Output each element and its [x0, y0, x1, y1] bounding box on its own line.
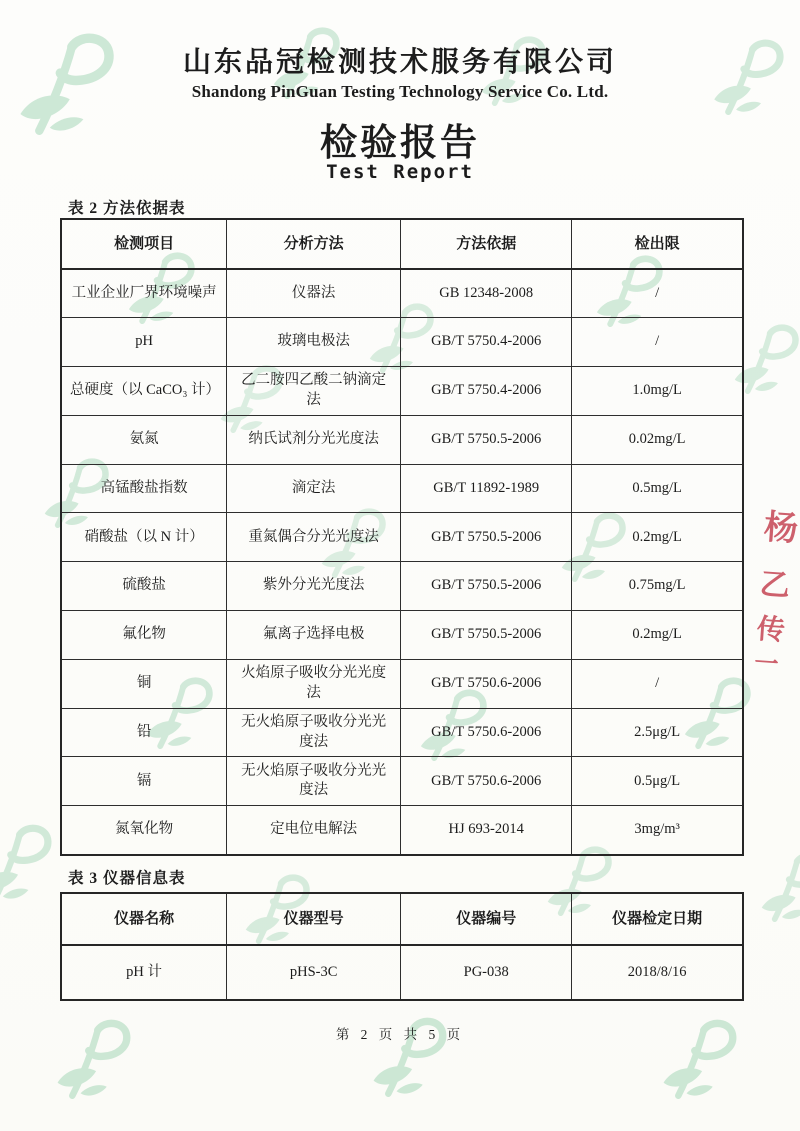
table-cell: /: [572, 318, 743, 367]
table-cell: 仪器法: [227, 269, 401, 318]
table-cell: 0.5mg/L: [572, 464, 743, 513]
table-cell: pHS-3C: [227, 945, 401, 1000]
table-cell: 无火焰原子吸收分光光度法: [227, 708, 401, 757]
table-row: 硝酸盐（以 N 计）重氮偶合分光光度法GB/T 5750.5-20060.2mg…: [61, 513, 743, 562]
table-cell: GB/T 5750.6-2006: [401, 708, 572, 757]
table-cell: 0.2mg/L: [572, 513, 743, 562]
instrument-table-label: 表 3 仪器信息表: [68, 866, 186, 888]
column-header: 检测项目: [61, 219, 227, 269]
table-cell: 工业企业厂界环境噪声: [61, 269, 227, 318]
report-page: 山东品冠检测技术服务有限公司 Shandong PinGuan Testing …: [0, 0, 800, 1131]
table-cell: 0.75mg/L: [572, 562, 743, 611]
table-row: 镉无火焰原子吸收分光光度法GB/T 5750.6-20060.5μg/L: [61, 757, 743, 806]
table-header-row: 检测项目分析方法方法依据检出限: [61, 219, 743, 269]
table-row: pH 计pHS-3CPG-0382018/8/16: [61, 945, 743, 1000]
page-number: 第 2 页 共 5 页: [0, 1023, 800, 1043]
table-cell: GB/T 5750.5-2006: [401, 415, 572, 464]
table-cell: 0.5μg/L: [572, 757, 743, 806]
table-row: 氟化物氟离子选择电极GB/T 5750.5-20060.2mg/L: [61, 611, 743, 660]
table-cell: 0.2mg/L: [572, 611, 743, 660]
column-header: 仪器名称: [61, 893, 227, 945]
table-cell: GB 12348-2008: [401, 269, 572, 318]
method-table-label: 表 2 方法依据表: [68, 196, 186, 218]
table-cell: 火焰原子吸收分光光度法: [227, 659, 401, 708]
table-header-row: 仪器名称仪器型号仪器编号仪器检定日期: [61, 893, 743, 945]
table-row: 高锰酸盐指数滴定法GB/T 11892-19890.5mg/L: [61, 464, 743, 513]
stamp-glyph: 一: [753, 643, 779, 680]
pinguan-leaf-p-logo: [756, 850, 800, 922]
column-header: 仪器检定日期: [572, 893, 743, 945]
stamp-glyph: 传: [756, 607, 787, 649]
table-cell: 定电位电解法: [227, 806, 401, 855]
table-cell: 2.5μg/L: [572, 708, 743, 757]
table-cell: 氮氧化物: [61, 806, 227, 855]
company-name-en: Shandong PinGuan Testing Technology Serv…: [0, 82, 800, 102]
table-cell: GB/T 5750.6-2006: [401, 757, 572, 806]
table-row: 铜火焰原子吸收分光光度法GB/T 5750.6-2006/: [61, 659, 743, 708]
company-name-cn: 山东品冠检测技术服务有限公司: [0, 40, 800, 80]
table-cell: pH 计: [61, 945, 227, 1000]
table-cell: 1.0mg/L: [572, 367, 743, 416]
table-cell: 氨氮: [61, 415, 227, 464]
stamp-glyph: 乙: [759, 559, 792, 605]
table-row: 工业企业厂界环境噪声仪器法GB 12348-2008/: [61, 269, 743, 318]
table-cell: 氟化物: [61, 611, 227, 660]
table-cell: GB/T 5750.5-2006: [401, 562, 572, 611]
stamp-glyph: 杨: [763, 499, 800, 550]
table-cell: 滴定法: [227, 464, 401, 513]
table-cell: 高锰酸盐指数: [61, 464, 227, 513]
pinguan-leaf-p-logo: [0, 822, 54, 902]
method-basis-table: 检测项目分析方法方法依据检出限 工业企业厂界环境噪声仪器法GB 12348-20…: [60, 218, 744, 856]
column-header: 仪器编号: [401, 893, 572, 945]
table-cell: GB/T 11892-1989: [401, 464, 572, 513]
table-cell: GB/T 5750.4-2006: [401, 367, 572, 416]
table-row: 铅无火焰原子吸收分光光度法GB/T 5750.6-20062.5μg/L: [61, 708, 743, 757]
instrument-info-table: 仪器名称仪器型号仪器编号仪器检定日期 pH 计pHS-3CPG-0382018/…: [60, 892, 744, 1001]
column-header: 检出限: [572, 219, 743, 269]
table-cell: 乙二胺四乙酸二钠滴定法: [227, 367, 401, 416]
table-cell: 0.02mg/L: [572, 415, 743, 464]
table-row: 氨氮纳氏试剂分光光度法GB/T 5750.5-20060.02mg/L: [61, 415, 743, 464]
table-cell: 硫酸盐: [61, 562, 227, 611]
table-cell: HJ 693-2014: [401, 806, 572, 855]
table-row: pH玻璃电极法GB/T 5750.4-2006/: [61, 318, 743, 367]
table-cell: PG-038: [401, 945, 572, 1000]
table-cell: GB/T 5750.5-2006: [401, 513, 572, 562]
table-cell: /: [572, 659, 743, 708]
table-cell: 铅: [61, 708, 227, 757]
table-cell: 玻璃电极法: [227, 318, 401, 367]
table-cell: GB/T 5750.6-2006: [401, 659, 572, 708]
red-ink-stamp-fragment: 杨乙传一: [746, 491, 800, 679]
table-cell: 无火焰原子吸收分光光度法: [227, 757, 401, 806]
table-cell: 氟离子选择电极: [227, 611, 401, 660]
table-cell: GB/T 5750.4-2006: [401, 318, 572, 367]
table-cell: 铜: [61, 659, 227, 708]
column-header: 仪器型号: [227, 893, 401, 945]
report-title-en: Test Report: [0, 161, 800, 183]
table-cell: 镉: [61, 757, 227, 806]
table-cell: 2018/8/16: [572, 945, 743, 1000]
table-row: 总硬度（以 CaCO₃ 计）乙二胺四乙酸二钠滴定法GB/T 5750.4-200…: [61, 367, 743, 416]
column-header: 分析方法: [227, 219, 401, 269]
table-cell: pH: [61, 318, 227, 367]
table-cell: /: [572, 269, 743, 318]
table-cell: 纳氏试剂分光光度法: [227, 415, 401, 464]
table-row: 硫酸盐紫外分光光度法GB/T 5750.5-20060.75mg/L: [61, 562, 743, 611]
table-cell: 3mg/m³: [572, 806, 743, 855]
table-row: 氮氧化物定电位电解法HJ 693-20143mg/m³: [61, 806, 743, 855]
report-title-cn: 检验报告: [0, 112, 800, 166]
table-cell: 重氮偶合分光光度法: [227, 513, 401, 562]
table-cell: 紫外分光光度法: [227, 562, 401, 611]
table-cell: 总硬度（以 CaCO₃ 计）: [61, 367, 227, 416]
column-header: 方法依据: [401, 219, 572, 269]
table-cell: GB/T 5750.5-2006: [401, 611, 572, 660]
table-cell: 硝酸盐（以 N 计）: [61, 513, 227, 562]
